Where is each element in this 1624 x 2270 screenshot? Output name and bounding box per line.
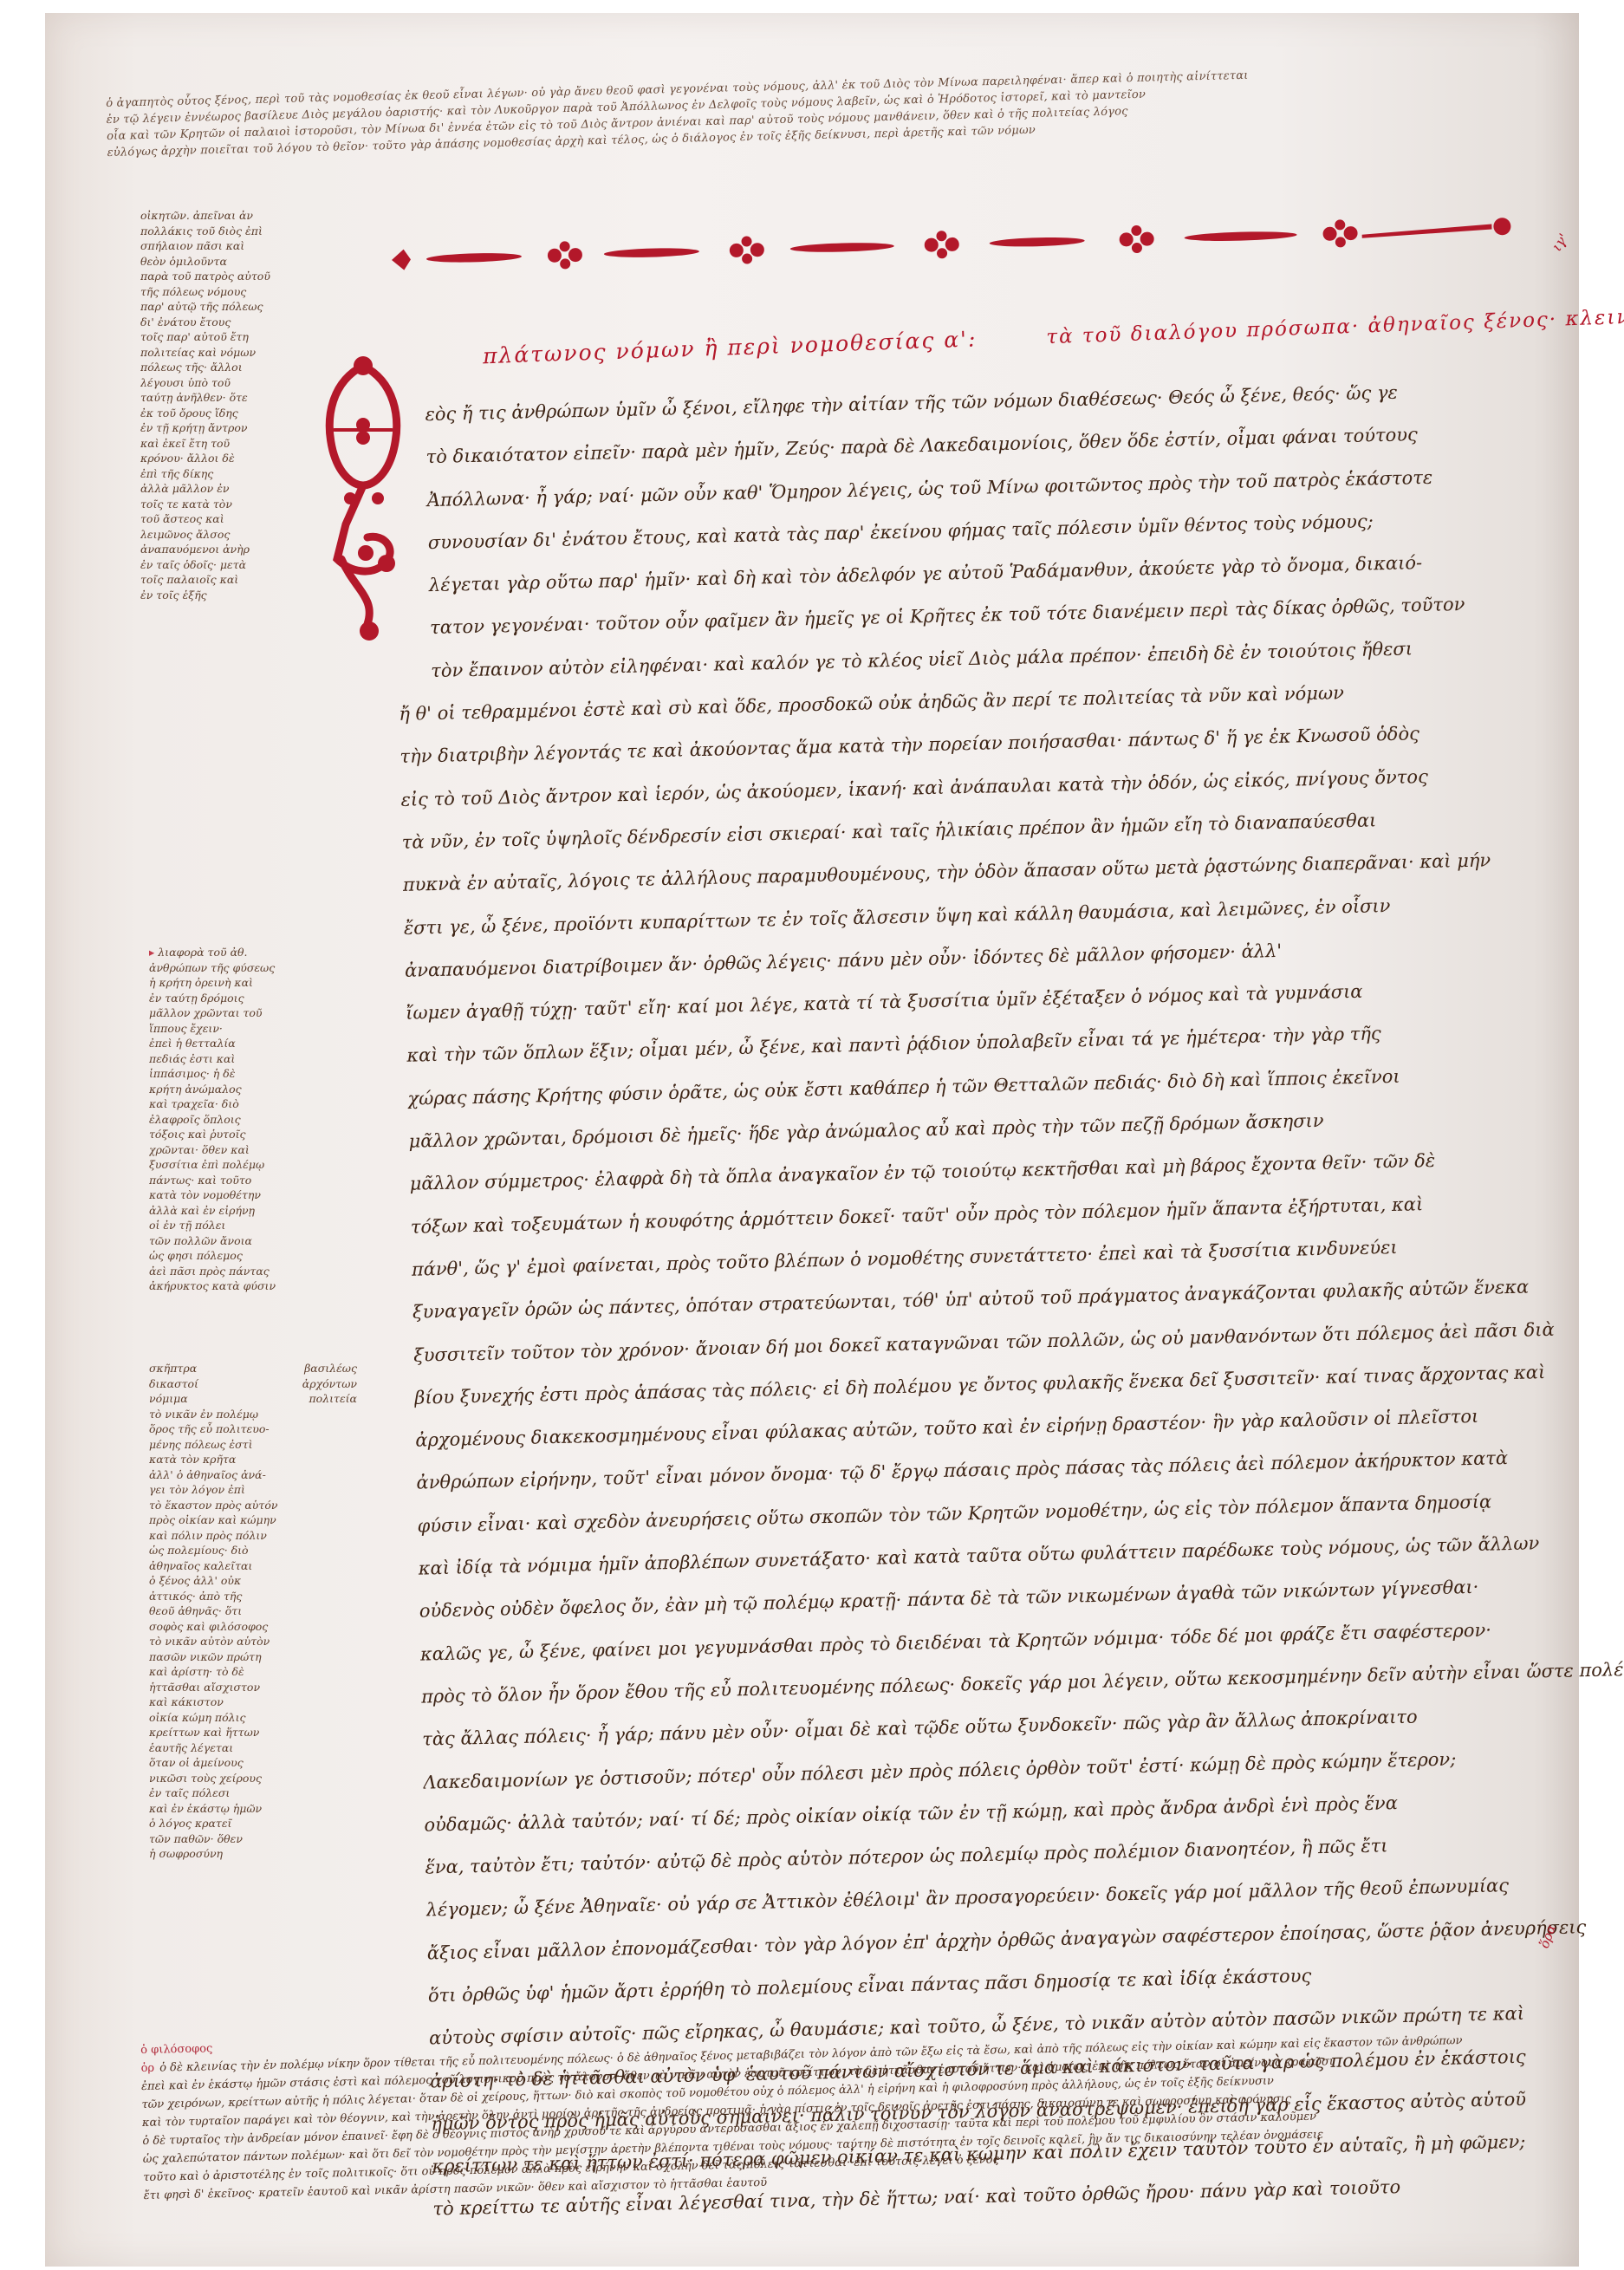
margin-line: πόλεως τῆς· ἄλλοι (140, 360, 348, 375)
margin-line: πεδιάς ἐστι καὶ (149, 1051, 348, 1067)
margin-line: πρὸς οἰκίαν καὶ κώμην (149, 1512, 357, 1528)
main-text-block: εὸς ἤ τις ἀνθρώπων ὑμῖν ὦ ξένοι, εἴληφε … (392, 367, 1624, 2231)
margin-line: τόξοις καὶ ῥυτοῖς (149, 1127, 348, 1142)
margin-line: ἡ κρήτη ὀρεινὴ καὶ (149, 975, 348, 991)
margin-line: καὶ ἐκεῖ ἔτη τοῦ (140, 436, 348, 452)
margin-line: παρ' αὐτῷ τῆς πόλεως (140, 299, 348, 315)
margin-line: ὁ λόγος κρατεῖ (149, 1816, 357, 1831)
top-scholia: ὁ ἀγαπητὸς οὗτος ξένος, περὶ τοῦ τὰς νομ… (106, 60, 1562, 161)
margin-line: τῆς πόλεως νόμους (140, 284, 348, 300)
margin-line: πολλάκις τοῦ διὸς ἐπὶ (140, 224, 348, 239)
margin-line: τοῖς τε κατὰ τὸν (140, 497, 348, 512)
margin-two-column-row: σκῆπτρα βασιλέως (149, 1361, 357, 1376)
margin-line: τῶν πολλῶν ἄνοια (149, 1233, 348, 1249)
left-margin-scholia-lower: σκῆπτρα βασιλέως δικαστοί ἀρχόντων νόμιμ… (149, 1361, 357, 1862)
margin-line: ἐκ τοῦ ὄρους ἵδης (140, 406, 348, 421)
margin-line: οἱ ἐν τῇ πόλει (149, 1218, 348, 1233)
margin-line: ἀθηναῖος καλεῖται (149, 1558, 357, 1574)
margin-line: ἀκήρυκτος κατὰ φύσιν (149, 1278, 348, 1294)
margin-line: τοῦ ἄστεος καὶ (140, 511, 348, 527)
margin-line: πάντως· καὶ τοῦτο (149, 1173, 348, 1188)
red-ornamental-headpiece (391, 203, 1518, 286)
margin-line: θεὸν ὁμιλοῦντα (140, 254, 348, 270)
margin-line: καὶ ἀρίστη· τὸ δὲ (149, 1664, 357, 1680)
margin-line: πολιτείας καὶ νόμων (140, 345, 348, 361)
margin-line: λειμῶνος ἄλσος (140, 527, 348, 543)
margin-line: καὶ κάκιστον (149, 1694, 357, 1710)
margin-line: οἰκία κώμη πόλις (149, 1710, 357, 1726)
margin-line: ὡς φησι πόλεμος (149, 1248, 348, 1264)
margin-line: ἑαυτῆς λέγεται (149, 1740, 357, 1756)
margin-line: ἐν ταύτῃ δρόμοις (149, 991, 348, 1006)
margin-line: ἀλλὰ καὶ ἐν εἰρήνῃ (149, 1203, 348, 1219)
rubric-marker-icon: ▸ (149, 946, 158, 959)
margin-line: σοφὸς καὶ φιλόσοφος (149, 1619, 357, 1635)
margin-line: ἐν ταῖς ὁδοῖς· μετὰ (140, 557, 348, 573)
margin-line: ὡς πολεμίους· διὸ (149, 1543, 357, 1558)
margin-line: ὅρος τῆς εὖ πολιτευο- (149, 1421, 357, 1437)
margin-line: καὶ ἐν ἑκάστῳ ἡμῶν (149, 1801, 357, 1817)
margin-line: ἐλαφροῖς ὅπλοις (149, 1112, 348, 1128)
margin-line: καὶ πόλιν πρὸς πόλιν (149, 1528, 357, 1544)
rubric-title: πλάτωνος νόμων ἢ περὶ νομοθεσίας α': τὰ … (482, 303, 1608, 369)
left-margin-scholia-upper: οἰκητῶν. ἀπεῖναι ἀν πολλάκις τοῦ διὸς ἐπ… (140, 208, 348, 602)
margin-line: ▸ λιαφορὰ τοῦ ἀθ. (149, 945, 348, 960)
margin-line: λέγουσι ὑπὸ τοῦ (140, 375, 348, 391)
margin-line: πασῶν νικῶν πρώτη (149, 1649, 357, 1665)
margin-line: τοῖς παλαιοῖς καὶ (140, 572, 348, 588)
left-margin-scholia-middle: ▸ λιαφορὰ τοῦ ἀθ. ἀνθρώπων τῆς φύσεως ἡ … (149, 945, 348, 1294)
margin-line: ἀναπαυόμενοι ἀνὴρ (140, 542, 348, 557)
margin-line: κρόνου· ἄλλοι δὲ (140, 451, 348, 466)
scholia-lemma: ὁρ (141, 2062, 155, 2075)
margin-line: μᾶλλον χρῶνται τοῦ (149, 1005, 348, 1021)
margin-line: οἰκητῶν. ἀπεῖναι ἀν (140, 208, 348, 224)
margin-line: κατὰ τὸν κρῆτα (149, 1452, 357, 1467)
scholia-lemma: ὁ φιλόσοφος (140, 2042, 212, 2057)
margin-line: τὸ νικᾶν αὐτὸν αὑτὸν (149, 1634, 357, 1649)
margin-line: ἀλλ' ὁ ἀθηναῖος ἀνά- (149, 1467, 357, 1483)
margin-line: ἐν τῇ κρήτῃ ἄντρον (140, 420, 348, 436)
margin-line: μένης πόλεως ἐστὶ (149, 1437, 357, 1453)
margin-line: καὶ τραχεῖα· διὸ (149, 1096, 348, 1112)
margin-line: ταύτῃ ἀνῆλθεν· ὅτε (140, 390, 348, 406)
margin-line: κρείττων καὶ ἥττων (149, 1725, 357, 1740)
headpiece-band-icon (391, 203, 1518, 286)
margin-line: ἐπεὶ ἡ θετταλία (149, 1036, 348, 1051)
manuscript-page: ὁ ἀγαπητὸς οὗτος ξένος, περὶ τοῦ τὰς νομ… (45, 13, 1579, 2267)
margin-line: ἡ σωφροσύνη (149, 1846, 357, 1862)
margin-line: ὁ ξένος ἀλλ' οὐκ (149, 1573, 357, 1589)
margin-line: κρήτη ἀνώμαλος (149, 1082, 348, 1097)
margin-line: ξυσσίτια ἐπὶ πολέμῳ (149, 1157, 348, 1173)
margin-line: παρὰ τοῦ πατρὸς αὐτοῦ (140, 269, 348, 284)
margin-line: γει τὸν λόγον ἐπὶ (149, 1482, 357, 1498)
margin-line: τὸ νικᾶν ἐν πολέμῳ (149, 1407, 357, 1422)
work-title: πλάτωνος νόμων ἢ περὶ νομοθεσίας α': (483, 326, 978, 368)
margin-line: ἀεὶ πᾶσι πρὸς πάντας (149, 1264, 348, 1279)
margin-line: ἐπὶ τῆς δίκης (140, 466, 348, 482)
margin-line: ἐν ταῖς πόλεσι (149, 1785, 357, 1801)
margin-line: κατὰ τὸν νομοθέτην (149, 1187, 348, 1203)
margin-line: τῶν παθῶν· ὅθεν (149, 1831, 357, 1847)
margin-line: νικῶσι τοὺς χείρους (149, 1771, 357, 1786)
margin-line: ὅταν οἱ ἀμείνους (149, 1755, 357, 1771)
margin-line: χρῶνται· ὅθεν καὶ (149, 1142, 348, 1158)
margin-line: δι' ἐνάτου ἔτους (140, 315, 348, 330)
margin-line: ἵππους ἔχειν· (149, 1021, 348, 1037)
bottom-scholia: ὁ φιλόσοφος ὁρὁ δὲ κλεινίας τὴν ἐν πολέμ… (140, 2012, 1565, 2205)
margin-line: ἡττᾶσθαι αἴσχιστον (149, 1680, 357, 1695)
margin-line: ἀττικός· ἀπὸ τῆς (149, 1589, 357, 1604)
margin-line: ἱππάσιμος· ἡ δὲ (149, 1066, 348, 1082)
margin-line: τὸ ἕκαστον πρὸς αὑτόν (149, 1498, 357, 1513)
margin-line: ἀνθρώπων τῆς φύσεως (149, 960, 348, 976)
margin-line: σπήλαιον πᾶσι καὶ (140, 238, 348, 254)
margin-line: ἐν τοῖς ἑξῆς (140, 588, 348, 603)
margin-line: θεοῦ ἀθηνᾶς· ὅτι (149, 1603, 357, 1619)
margin-line: τοῖς παρ' αὐτοῦ ἔτη (140, 329, 348, 345)
folio-marginal-note: ιγ' (1549, 231, 1572, 254)
margin-two-column-row: δικαστοί ἀρχόντων (149, 1376, 357, 1392)
margin-two-column-row: νόμιμα πολιτεία (149, 1391, 357, 1407)
margin-line: ἀλλὰ μᾶλλον ἐν (140, 481, 348, 497)
dramatis-personae-note: τὰ τοῦ διαλόγου πρόσωπα· ἀθηναῖος ξένος·… (1046, 305, 1624, 349)
